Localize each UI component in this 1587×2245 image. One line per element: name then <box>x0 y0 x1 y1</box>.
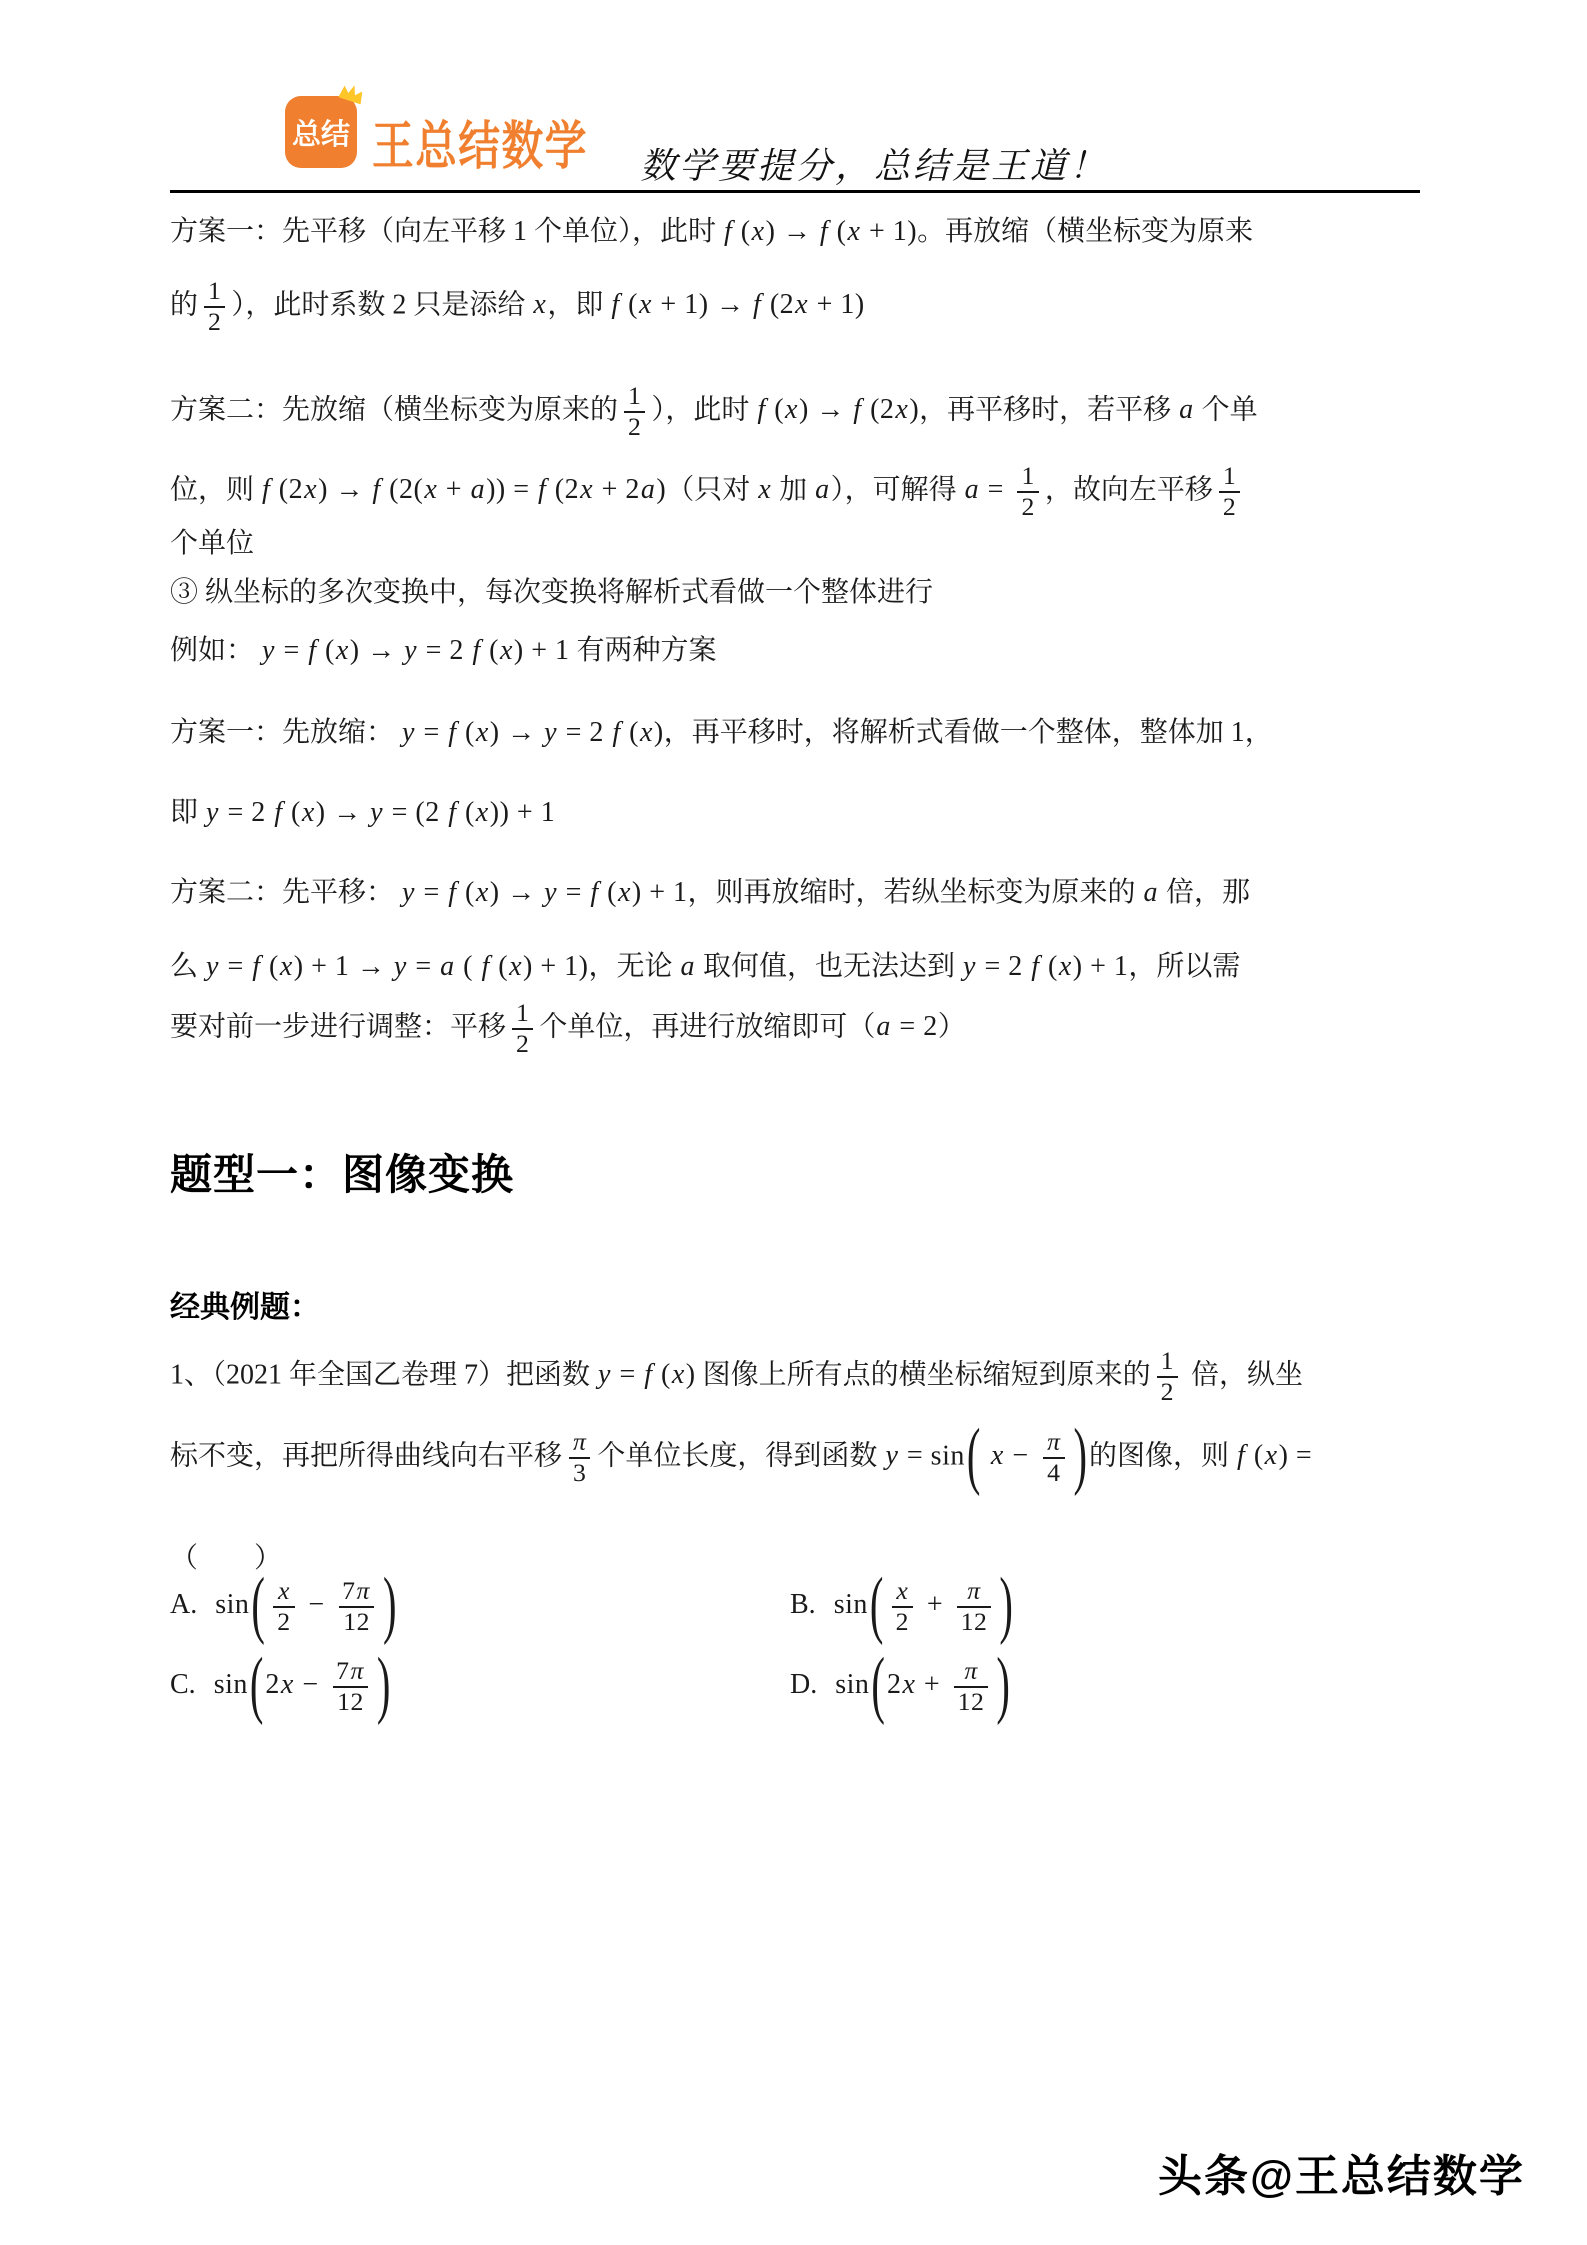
option-formula: sin(2x − 7π12) <box>214 1669 393 1700</box>
section-title: 题型一：图像变换 <box>170 1142 514 1202</box>
header-divider <box>170 190 1420 193</box>
crown-icon <box>336 79 369 107</box>
paragraph-line: 个单位 <box>170 523 254 565</box>
option-d: D.sin(2x + π12) <box>790 1657 1012 1717</box>
option-formula: sin(x2 − 7π12) <box>215 1589 398 1620</box>
paragraph-line: 方案二：先平移： y = f (x) → y = f (x) + 1，则再放缩时… <box>170 872 1250 914</box>
option-formula: sin(2x + π12) <box>835 1669 1012 1700</box>
paragraph-line: 方案二：先放缩（横坐标变为原来的12），此时 f (x) → f (2x)，再平… <box>170 382 1258 442</box>
paragraph-line: ③ 纵坐标的多次变换中，每次变换将解析式看做一个整体进行 <box>170 572 933 614</box>
paragraph-line: 的12），此时系数 2 只是添给 x，即 f (x + 1) → f (2x +… <box>170 277 865 337</box>
header-slogan: 数学要提分，总结是王道！ <box>640 138 1108 189</box>
answer-blank: （ ） <box>170 1538 282 1580</box>
option-label: A. <box>170 1589 197 1620</box>
option-c: C.sin(2x − 7π12) <box>170 1657 392 1717</box>
option-b: B.sin(x2 + π12) <box>790 1577 1015 1637</box>
section-subtitle: 经典例题： <box>170 1282 320 1326</box>
paragraph-line: 么 y = f (x) + 1 → y = a ( f (x) + 1)，无论 … <box>170 946 1240 988</box>
option-label: C. <box>170 1669 196 1700</box>
paragraph-line: 要对前一步进行调整：平移12个单位，再进行放缩即可（a = 2） <box>170 999 966 1059</box>
logo-badge-text: 总结 <box>292 112 350 153</box>
logo-text: 王总结数学 <box>372 104 588 179</box>
paragraph-line: 即 y = 2 f (x) → y = (2 f (x)) + 1 <box>170 792 555 834</box>
option-label: B. <box>790 1589 816 1620</box>
paragraph-line: 方案一：先放缩： y = f (x) → y = 2 f (x)，再平移时，将解… <box>170 712 1273 754</box>
footer-watermark: 头条@王总结数学 <box>1158 2140 1525 2204</box>
paragraph-line: 位，则 f (2x) → f (2(x + a)) = f (2x + 2a)（… <box>170 462 1246 522</box>
page: { "colors":{"brand_orange":"#F0802F","cr… <box>0 0 1587 2245</box>
paragraph-line: 方案一：先平移（向左平移 1 个单位），此时 f (x) → f (x + 1)… <box>170 211 1253 253</box>
logo-badge: 总结 <box>285 96 357 168</box>
option-label: D. <box>790 1669 817 1700</box>
option-a: A.sin(x2 − 7π12) <box>170 1577 398 1637</box>
option-formula: sin(x2 + π12) <box>834 1589 1015 1620</box>
problem-line: 1、（2021 年全国乙卷理 7）把函数 y = f (x) 图像上所有点的横坐… <box>170 1347 1303 1407</box>
paragraph-line: 例如： y = f (x) → y = 2 f (x) + 1 有两种方案 <box>170 630 717 672</box>
problem-line: 标不变，再把所得曲线向右平移π3个单位长度，得到函数 y = sin( x − … <box>170 1428 1312 1488</box>
